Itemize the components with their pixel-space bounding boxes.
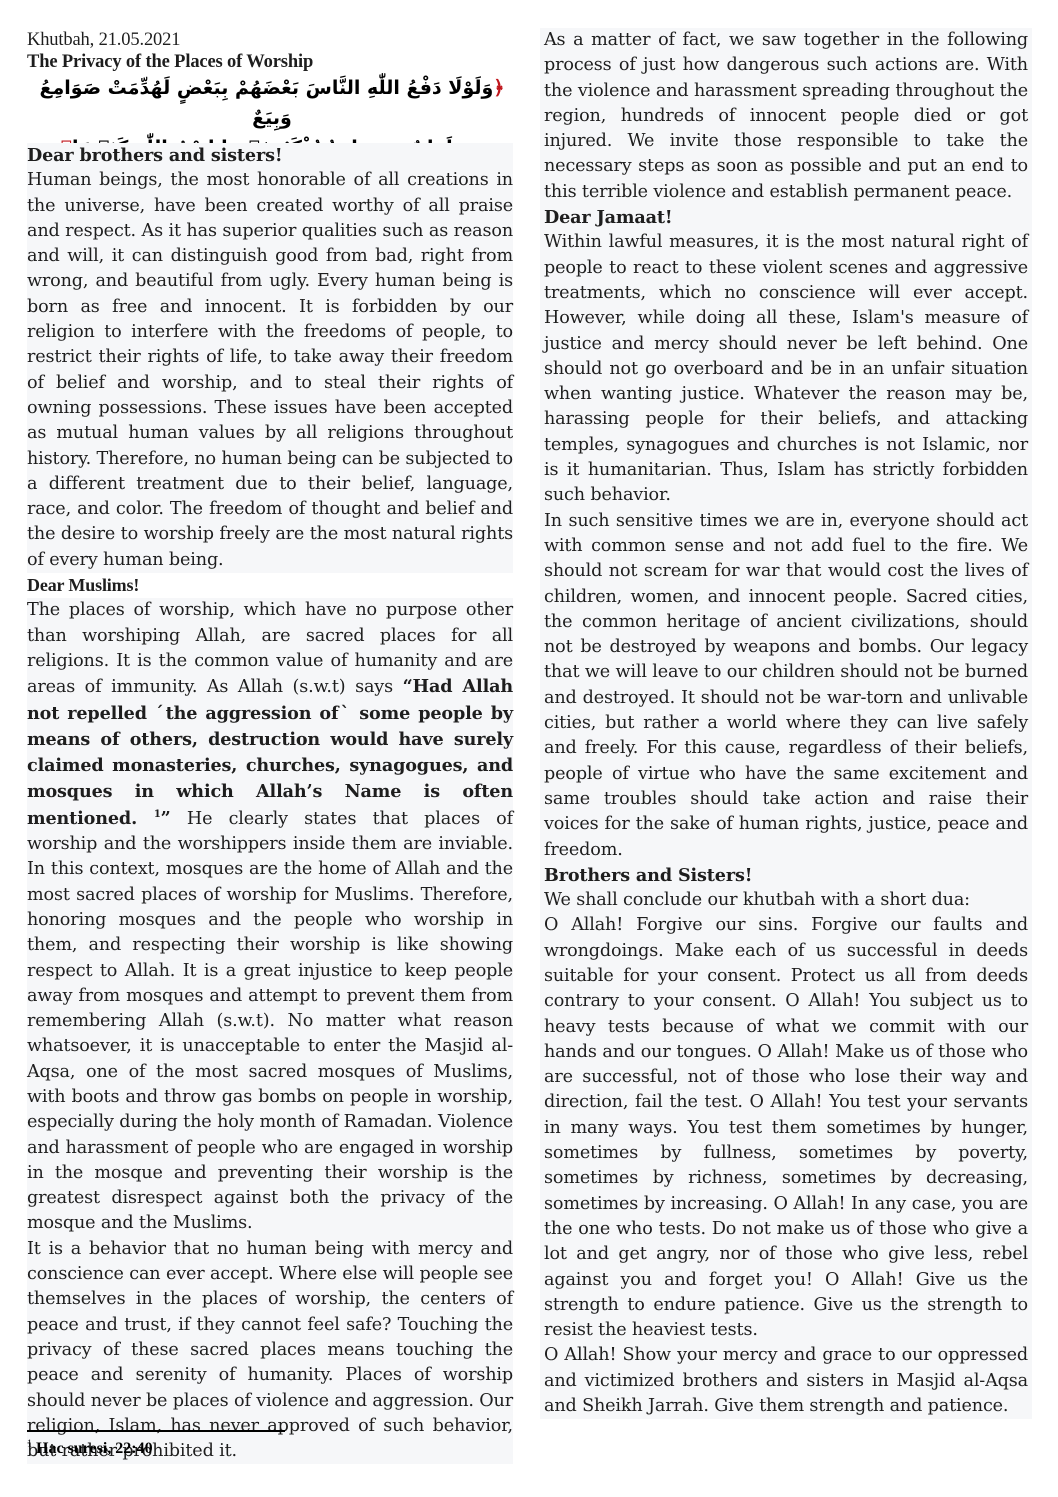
paragraph: In such sensitive times we are in, every… [544, 509, 1028, 863]
left-column: Dear brothers and sisters! Human beings,… [23, 143, 517, 1464]
section-places-of-worship: The places of worship, which have no pur… [27, 598, 513, 1464]
verse-quote: “Had Allah not repelled ˊthe aggression … [27, 676, 513, 828]
document-title: The Privacy of the Places of Worship [27, 51, 517, 73]
footnote-ref[interactable]: 1 [154, 809, 161, 820]
dua-paragraph: O Allah! Show your mercy and grace to ou… [544, 1343, 1028, 1419]
paragraph: As a matter of fact, we saw together in … [544, 28, 1028, 205]
footnote: 1 Hac suresi, 22:40 [27, 1440, 153, 1458]
heading-dear-jamaat: Dear Jamaat! [544, 205, 1028, 230]
paragraph: The places of worship, which have no pur… [27, 598, 513, 1236]
paragraph: We shall conclude our khutbah with a sho… [544, 888, 1028, 913]
paragraph: Human beings, the most honorable of all … [27, 168, 513, 573]
footnote-text: Hac suresi, 22:40 [32, 1440, 153, 1457]
paragraph: Within lawful measures, it is the most n… [544, 230, 1028, 508]
right-column: As a matter of fact, we saw together in … [540, 28, 1032, 1419]
heading-dear-brothers: Dear brothers and sisters! [27, 143, 513, 168]
verse-line-1: ﴿وَلَوْلَا دَفْعُ اللّٰهِ النَّاسَ بَعْض… [27, 73, 517, 133]
heading-dear-muslims: Dear Muslims! [23, 573, 517, 598]
ornate-bracket-open-icon: ﴿ [493, 77, 504, 99]
section-intro: Dear brothers and sisters! Human beings,… [27, 143, 513, 573]
khutbah-date: Khutbah, 21.05.2021 [27, 29, 517, 51]
dua-paragraph: O Allah! Forgive our sins. Forgive our f… [544, 913, 1028, 1343]
heading-brothers-and-sisters: Brothers and Sisters! [544, 863, 1028, 888]
footnote-divider [27, 1430, 285, 1432]
